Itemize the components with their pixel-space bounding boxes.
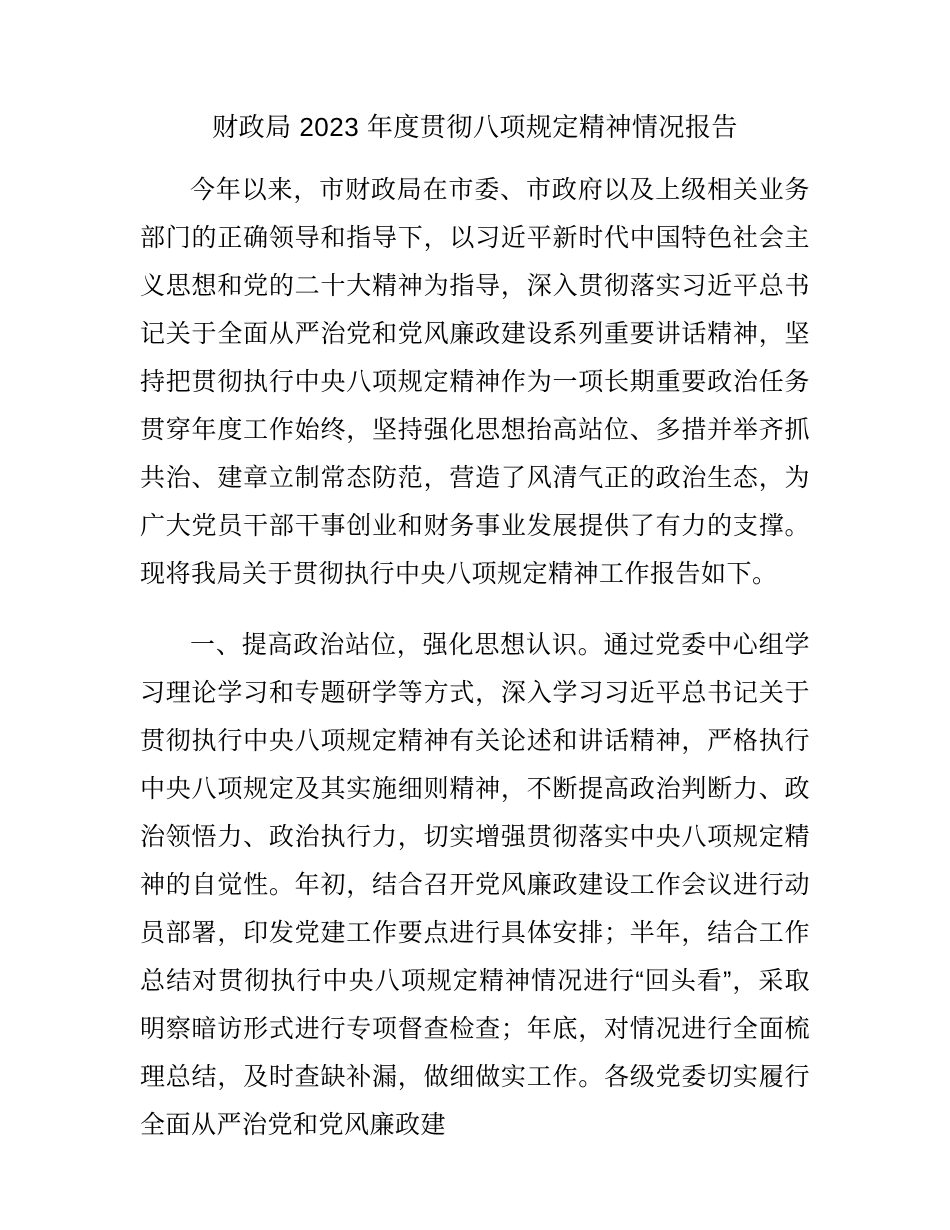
paragraph-section-1: 一、提高政治站位，强化思想认识。通过党委中心组学习理论学习和专题研学等方式，深入… [140, 621, 810, 1149]
document-page: 财政局 2023 年度贯彻八项规定精神情况报告 今年以来，市财政局在市委、市政府… [0, 0, 950, 1230]
document-title: 财政局 2023 年度贯彻八项规定精神情况报告 [140, 103, 810, 151]
paragraph-intro: 今年以来，市财政局在市委、市政府以及上级相关业务部门的正确领导和指导下，以习近平… [140, 166, 810, 598]
